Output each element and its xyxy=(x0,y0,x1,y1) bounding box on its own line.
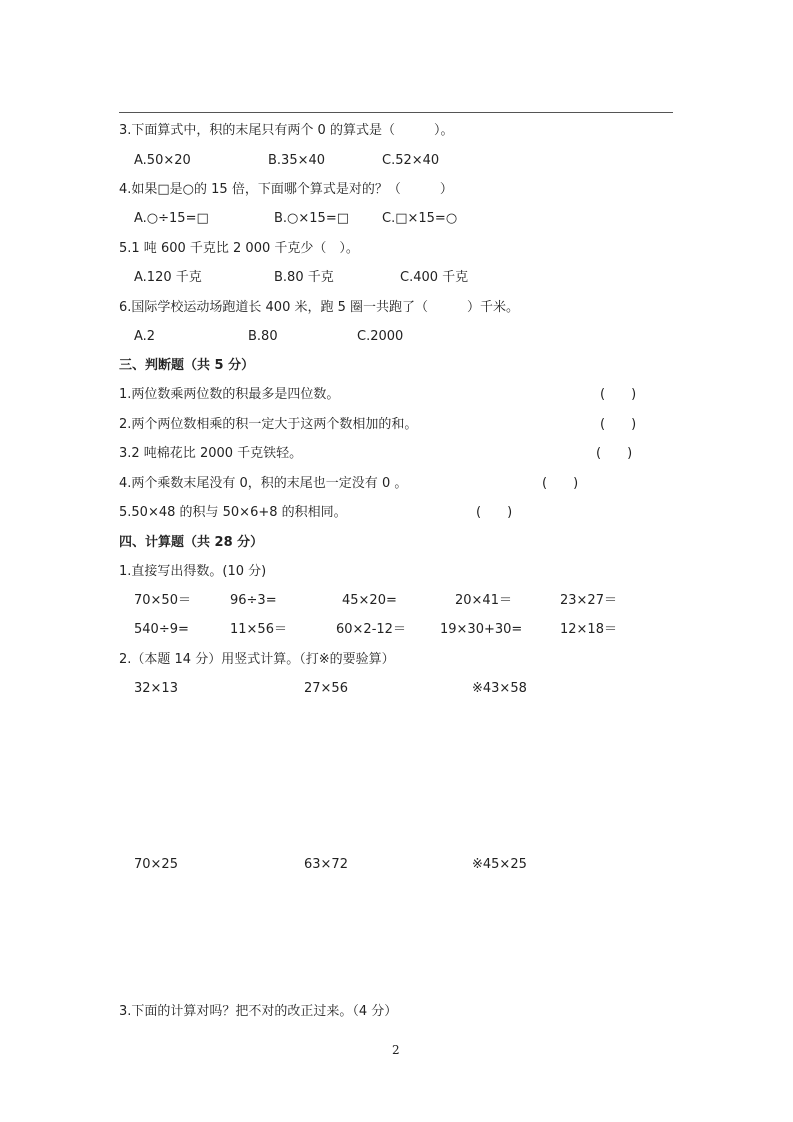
mental-math-item: 96÷3= xyxy=(230,592,277,610)
judge-blank-3: ( ) xyxy=(596,445,632,463)
mental-math-item: 540÷9= xyxy=(134,621,189,639)
judge-item-1: 1.两位数乘两位数的积最多是四位数。 xyxy=(119,386,339,404)
q5-option-b: B.80 千克 xyxy=(274,269,334,287)
calc-q1-stem: 1.直接写出得数。(10 分) xyxy=(119,563,266,581)
judge-blank-4: ( ) xyxy=(542,475,578,493)
q6-option-c: C.2000 xyxy=(357,328,403,346)
judge-item-5: 5.50×48 的积与 50×6+8 的积相同。 xyxy=(119,504,347,522)
mental-math-item: 11×56＝ xyxy=(230,621,287,639)
mental-math-item: 12×18＝ xyxy=(560,621,617,639)
question-3-stem: 3.下面算式中，积的末尾只有两个 0 的算式是（ ）。 xyxy=(119,122,453,140)
calc-q2-stem: 2.（本题 14 分）用竖式计算。（打※的要验算） xyxy=(119,651,395,669)
q5-option-c: C.400 千克 xyxy=(400,269,468,287)
calc-q3-stem: 3.下面的计算对吗？把不对的改正过来。（4 分） xyxy=(119,1003,397,1021)
mental-math-item: 20×41＝ xyxy=(455,592,512,610)
section-judge-title: 三、判断题（共 5 分） xyxy=(119,357,254,375)
vertical-calc-item: 27×56 xyxy=(304,680,348,698)
judge-item-4: 4.两个乘数末尾没有 0，积的末尾也一定没有 0 。 xyxy=(119,475,407,493)
q3-option-a: A.50×20 xyxy=(134,152,191,170)
header-rule xyxy=(119,112,673,113)
vertical-calc-item: 70×25 xyxy=(134,856,178,874)
q3-option-b: B.35×40 xyxy=(268,152,325,170)
mental-math-item: 70×50＝ xyxy=(134,592,191,610)
q4-option-b: B.○×15=□ xyxy=(274,210,349,228)
q4-option-a: A.○÷15=□ xyxy=(134,210,209,228)
mental-math-item: 60×2-12＝ xyxy=(336,621,406,639)
mental-math-item: 23×27＝ xyxy=(560,592,617,610)
question-5-stem: 5.1 吨 600 千克比 2 000 千克少（ ）。 xyxy=(119,240,359,258)
q5-option-a: A.120 千克 xyxy=(134,269,202,287)
section-calc-title: 四、计算题（共 28 分） xyxy=(119,534,263,552)
mental-math-item: 45×20= xyxy=(342,592,397,610)
mental-math-item: 19×30+30= xyxy=(440,621,522,639)
q6-option-b: B.80 xyxy=(248,328,278,346)
q4-option-c: C.□×15=○ xyxy=(382,210,457,228)
judge-blank-5: ( ) xyxy=(476,504,512,522)
page-number: 2 xyxy=(392,1043,400,1057)
question-6-stem: 6.国际学校运动场跑道长 400 米，跑 5 圈一共跑了（ ）千米。 xyxy=(119,299,519,317)
judge-item-2: 2.两个两位数相乘的积一定大于这两个数相加的和。 xyxy=(119,416,417,434)
judge-blank-1: ( ) xyxy=(600,386,636,404)
vertical-calc-item: ※43×58 xyxy=(472,680,527,698)
judge-item-3: 3.2 吨棉花比 2000 千克铁轻。 xyxy=(119,445,302,463)
q6-option-a: A.2 xyxy=(134,328,155,346)
q3-option-c: C.52×40 xyxy=(382,152,439,170)
vertical-calc-item: 32×13 xyxy=(134,680,178,698)
vertical-calc-item: ※45×25 xyxy=(472,856,527,874)
judge-blank-2: ( ) xyxy=(600,416,636,434)
question-4-stem: 4.如果□是○的 15 倍，下面哪个算式是对的？（ ） xyxy=(119,181,453,199)
vertical-calc-item: 63×72 xyxy=(304,856,348,874)
